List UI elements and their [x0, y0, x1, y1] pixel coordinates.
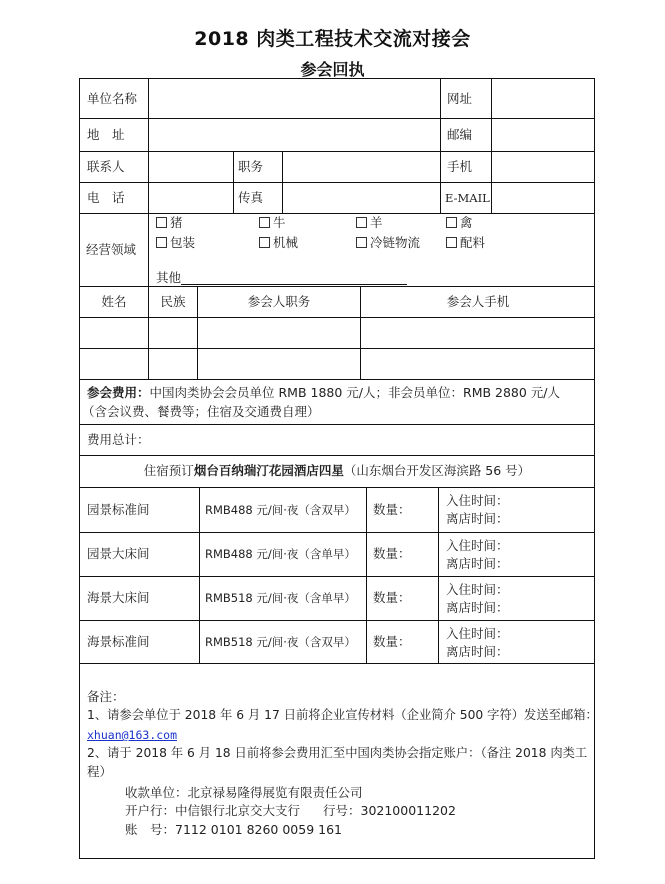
note-item-2-cont: 程）: [87, 764, 112, 780]
mobile-label: 手机: [447, 159, 472, 175]
checkbox-icon: [259, 217, 270, 228]
room-price: RMB488 元/间·夜（含双早）: [205, 502, 356, 518]
room-type: 海景大床间: [87, 590, 150, 606]
room-qty-label[interactable]: 数量：: [373, 634, 411, 650]
checkbox-icon: [446, 217, 457, 228]
room-qty-label[interactable]: 数量：: [373, 502, 411, 518]
account-number: 账 号：7112 0101 8260 0059 161: [125, 822, 342, 838]
checkbox-packaging[interactable]: 包装: [156, 235, 195, 251]
position-label: 职务: [238, 159, 263, 175]
checkbox-cold-chain[interactable]: 冷链物流: [356, 235, 420, 251]
divider: [79, 213, 595, 214]
business-label: 经营领域: [86, 242, 136, 258]
room-price: RMB518 元/间·夜（含双早）: [205, 634, 356, 650]
divider: [79, 348, 595, 349]
room-type: 海景标准间: [87, 634, 150, 650]
checkbox-ingredients[interactable]: 配料: [446, 235, 485, 251]
divider: [233, 151, 234, 213]
checkout-label[interactable]: 离店时间：: [446, 600, 509, 616]
bank-number: 行号：302100011202: [323, 803, 456, 819]
divider: [79, 532, 595, 533]
divider: [282, 151, 283, 213]
website-label: 网址: [447, 91, 472, 107]
divider: [79, 455, 595, 456]
col-position: 参会人职务: [198, 294, 360, 310]
col-name: 姓名: [80, 294, 148, 310]
unit-name-label: 单位名称: [87, 91, 137, 107]
divider: [79, 379, 595, 380]
email-label: E-MAIL: [445, 190, 490, 206]
room-price: RMB488 元/间·夜（含单早）: [205, 546, 356, 562]
checkbox-icon: [156, 217, 167, 228]
address-label: 地 址: [87, 127, 125, 143]
note-item-1: 1、请参会单位于 2018 年 6 月 17 日前将企业宣传材料（企业简介 50…: [87, 707, 598, 723]
checkbox-icon: [356, 217, 367, 228]
checkout-label[interactable]: 离店时间：: [446, 556, 509, 572]
checkin-label[interactable]: 入住时间：: [446, 538, 509, 554]
divider: [148, 78, 149, 286]
checkout-label[interactable]: 离店时间：: [446, 511, 509, 527]
address-field[interactable]: [150, 120, 438, 150]
divider: [199, 487, 200, 663]
room-type: 园景标准间: [87, 502, 150, 518]
col-ethnicity: 民族: [149, 294, 197, 310]
divider: [79, 576, 595, 577]
other-label: 其他: [156, 270, 181, 286]
mobile-field[interactable]: [493, 153, 593, 181]
bank: 开户行：中信银行北京交大支行: [125, 803, 300, 819]
email-link[interactable]: xhuan@163.com: [87, 727, 177, 743]
checkbox-pig[interactable]: 猪: [156, 215, 183, 231]
fax-field[interactable]: [284, 184, 439, 212]
divider: [366, 487, 367, 663]
divider: [79, 286, 595, 287]
room-price: RMB518 元/间·夜（含单早）: [205, 590, 356, 606]
participant-row[interactable]: [80, 350, 594, 378]
participant-row[interactable]: [80, 319, 594, 347]
page-title: 2018 肉类工程技术交流对接会: [0, 24, 665, 51]
fee-label: 参会费用：: [87, 385, 150, 400]
website-field[interactable]: [493, 80, 593, 117]
checkbox-icon: [259, 237, 270, 248]
checkout-label[interactable]: 离店时间：: [446, 644, 509, 660]
checkbox-icon: [446, 237, 457, 248]
checkbox-poultry[interactable]: 禽: [446, 215, 473, 231]
divider: [79, 151, 595, 152]
other-field[interactable]: [181, 284, 407, 285]
fax-label: 传真: [238, 190, 263, 206]
room-qty-label[interactable]: 数量：: [373, 546, 411, 562]
phone-label: 电 话: [87, 190, 125, 206]
divider: [491, 78, 492, 213]
checkbox-icon: [156, 237, 167, 248]
divider: [79, 317, 595, 318]
divider: [79, 663, 595, 664]
contact-label: 联系人: [87, 159, 125, 175]
room-qty-label[interactable]: 数量：: [373, 590, 411, 606]
divider: [79, 182, 595, 183]
fee-detail: 中国肉类协会会员单位 RMB 1880 元/人；非会员单位：RMB 2880 元…: [150, 385, 561, 400]
hotel-heading: 住宿预订烟台百纳瑞汀花园酒店四星（山东烟台开发区海滨路 56 号）: [80, 463, 594, 479]
checkin-label[interactable]: 入住时间：: [446, 626, 509, 642]
checkbox-sheep[interactable]: 羊: [356, 215, 383, 231]
divider: [79, 487, 595, 488]
unit-name-field[interactable]: [150, 80, 438, 117]
position-field[interactable]: [284, 153, 439, 181]
col-mobile: 参会人手机: [361, 294, 595, 310]
note-item-2: 2、请于 2018 年 6 月 18 日前将参会费用汇至中国肉类协会指定账户：（…: [87, 745, 587, 761]
divider: [438, 487, 439, 663]
email-field[interactable]: [493, 184, 593, 212]
room-type: 园景大床间: [87, 546, 150, 562]
checkbox-icon: [356, 237, 367, 248]
contact-field[interactable]: [150, 153, 232, 181]
postcode-field[interactable]: [493, 120, 593, 150]
page-subtitle: 参会回执: [0, 57, 665, 80]
notes-label: 备注：: [87, 689, 125, 705]
divider: [79, 424, 595, 425]
checkin-label[interactable]: 入住时间：: [446, 582, 509, 598]
divider: [440, 78, 441, 213]
checkbox-machinery[interactable]: 机械: [259, 235, 298, 251]
fee-note: （含会议费、餐费等；住宿及交通费自理）: [82, 404, 320, 420]
divider: [79, 620, 595, 621]
fee-text: 参会费用：中国肉类协会会员单位 RMB 1880 元/人；非会员单位：RMB 2…: [87, 385, 560, 401]
checkbox-cattle[interactable]: 牛: [259, 215, 286, 231]
checkin-label[interactable]: 入住时间：: [446, 493, 509, 509]
payee: 收款单位：北京禄易隆得展览有限责任公司: [125, 785, 363, 801]
phone-field[interactable]: [150, 184, 232, 212]
fee-total-label: 费用总计：: [87, 432, 150, 448]
postcode-label: 邮编: [447, 127, 472, 143]
divider: [79, 118, 595, 119]
